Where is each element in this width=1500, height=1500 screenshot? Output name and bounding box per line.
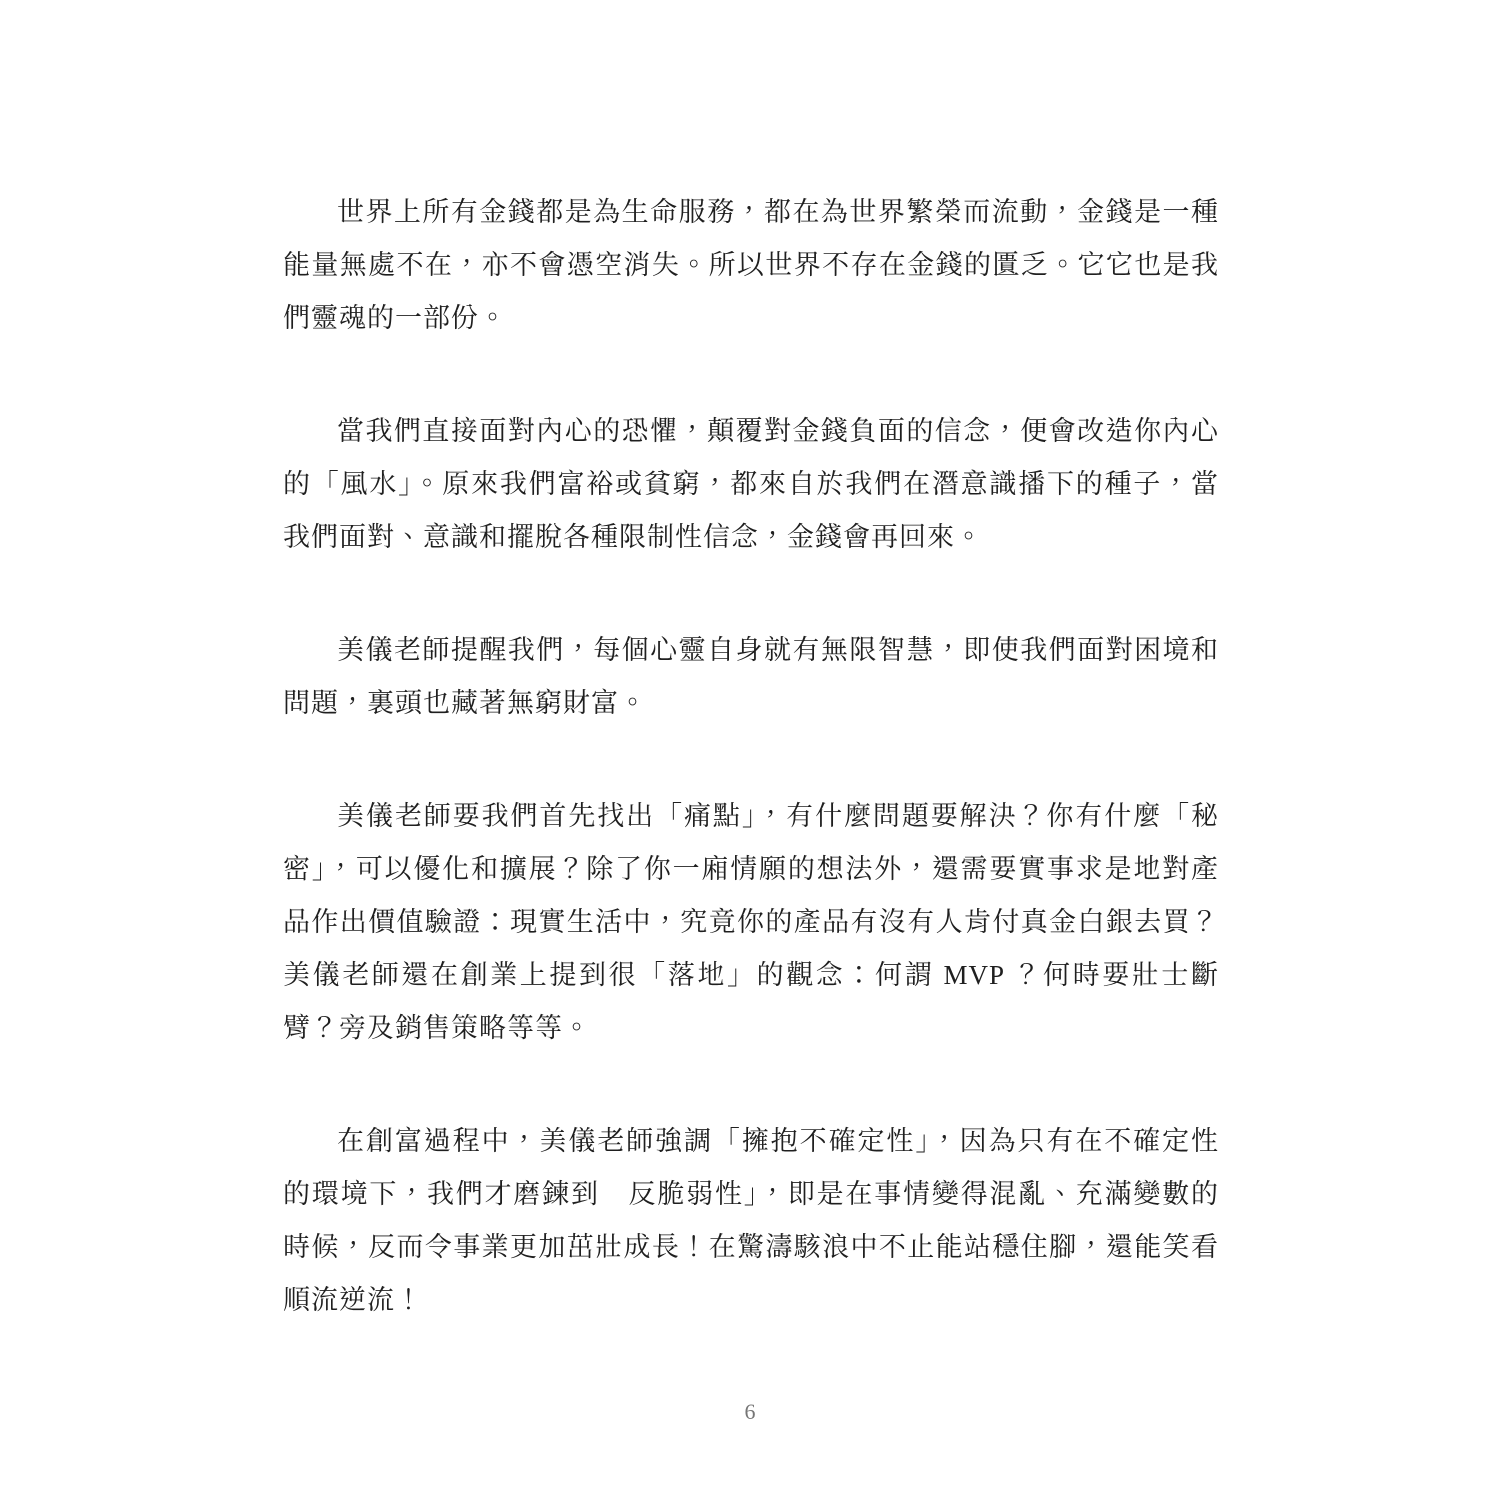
- text-content: 世界上所有金錢都是為生命服務，都在為世界繁榮而流動，金錢是一種能量無處不在，亦不…: [283, 186, 1219, 1387]
- paragraph-face-fears: 當我們直接面對內心的恐懼，顛覆對金錢負面的信念，便會改造你內心的「風水」。原來我…: [283, 405, 1219, 564]
- paragraph-embrace-uncertainty: 在創富過程中，美儀老師強調「擁抱不確定性」，因為只有在不確定性的環境下，我們才磨…: [283, 1115, 1219, 1327]
- paragraph-pain-points: 美儀老師要我們首先找出「痛點」，有什麼問題要解決？你有什麼「秘密」，可以優化和擴…: [283, 790, 1219, 1055]
- page-number: 6: [0, 1398, 1500, 1426]
- document-page: 世界上所有金錢都是為生命服務，都在為世界繁榮而流動，金錢是一種能量無處不在，亦不…: [0, 0, 1500, 1500]
- paragraph-money-serves-life: 世界上所有金錢都是為生命服務，都在為世界繁榮而流動，金錢是一種能量無處不在，亦不…: [283, 186, 1219, 345]
- paragraph-infinite-wisdom: 美儀老師提醒我們，每個心靈自身就有無限智慧，即使我們面對困境和問題，裏頭也藏著無…: [283, 624, 1219, 730]
